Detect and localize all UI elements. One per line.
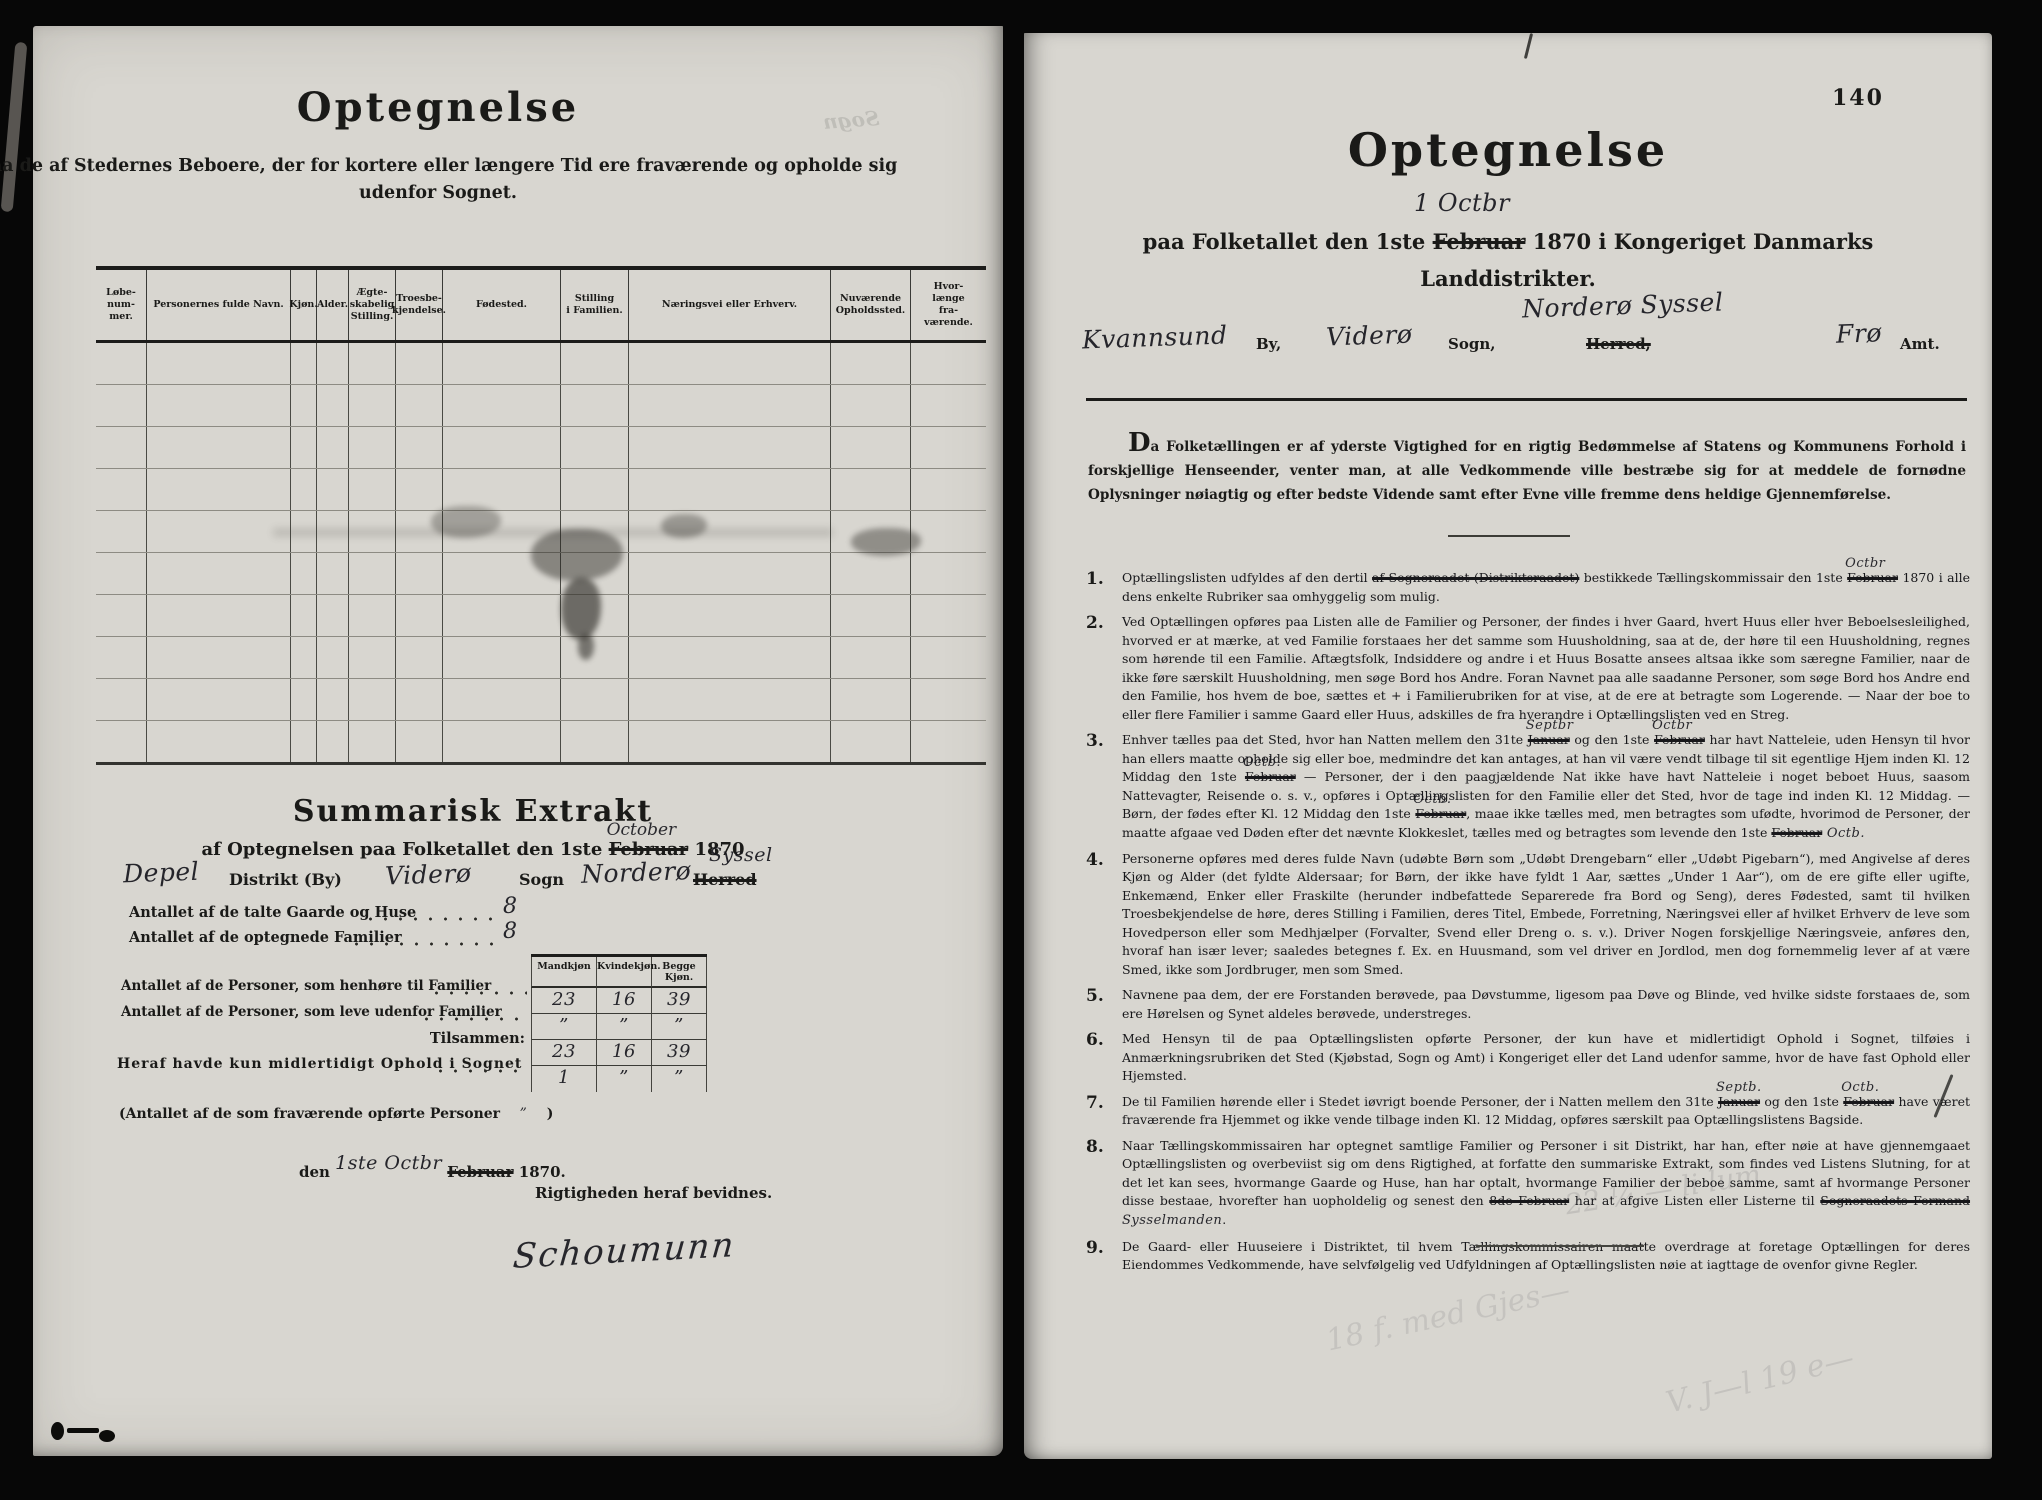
item-text: De til Familien hørende eller i Stedet i… <box>1122 1093 1970 1130</box>
table-cell <box>147 511 291 552</box>
column-header-8: Stilling i Familien. <box>561 270 629 340</box>
intro-paragraph: Da Folketællingen er af yderste Vigtighe… <box>1088 435 1966 508</box>
table-cell <box>96 469 147 510</box>
attestation-line: Rigtigheden heraf bevidnes. <box>535 1184 772 1202</box>
table-cell <box>396 553 443 594</box>
item-text: Optællingslisten udfyldes af den dertil … <box>1122 569 1970 606</box>
right-page-subtitle-2: Landdistrikter. <box>1024 266 1992 291</box>
correction: FebruarOctb. <box>1843 1093 1894 1112</box>
table-cell <box>911 637 986 678</box>
table-cell <box>147 721 291 762</box>
table-cell <box>831 343 911 384</box>
table-cell <box>911 385 986 426</box>
by-handwritten: Kvannsund <box>1082 320 1228 354</box>
bottom-divider <box>1476 1245 1644 1247</box>
table-cell <box>349 553 396 594</box>
table-cell <box>561 469 629 510</box>
dot-leader <box>349 940 493 946</box>
table-row <box>96 385 986 427</box>
herred-struck-label: Herred, <box>1586 335 1651 353</box>
table-cell <box>629 553 831 594</box>
column-header-5: Ægte- skabelig Stilling. <box>349 270 396 340</box>
table-cell <box>96 385 147 426</box>
table-cell <box>831 721 911 762</box>
column-header-6: Troesbe- kjendelse. <box>396 270 443 340</box>
table-cell <box>629 721 831 762</box>
table-cell <box>349 679 396 720</box>
column-header-3: Kjøn. <box>291 270 317 340</box>
instruction-item-9: 9.De Gaard- eller Huuseiere i Distriktet… <box>1086 1238 1970 1275</box>
table-cell <box>396 469 443 510</box>
herred-handwritten: Norderø Syssel <box>1522 287 1724 323</box>
table-cell <box>349 637 396 678</box>
table-cell <box>629 385 831 426</box>
table-cell <box>147 427 291 468</box>
left-page: Optegnelse paa de af Stedernes Beboere, … <box>33 26 1003 1456</box>
signature: Schoumunn <box>511 1225 737 1277</box>
ink-mark <box>99 1430 115 1442</box>
table-cell <box>96 595 147 636</box>
instructions-list: 1.Optællingslisten udfyldes af den derti… <box>1086 569 1970 1282</box>
column-header-1: Løbe- num- mer. <box>96 270 147 340</box>
table-cell <box>147 679 291 720</box>
table-cell <box>147 343 291 384</box>
table-cell <box>831 469 911 510</box>
table-cell <box>443 385 561 426</box>
table-cell <box>317 427 349 468</box>
table-cell <box>629 427 831 468</box>
instruction-item-2: 2.Ved Optællingen opføres paa Listen all… <box>1086 613 1970 724</box>
herred-struck-label: Herred <box>693 870 757 889</box>
mini-table-row: 23 16 39 <box>531 988 707 1014</box>
table-cell <box>291 721 317 762</box>
item-number: 1. <box>1086 569 1122 606</box>
table-cell <box>396 427 443 468</box>
table-cell <box>349 721 396 762</box>
table-cell <box>317 637 349 678</box>
syssel-handwritten: Syssel <box>709 844 773 866</box>
column-header-2: Personernes fulde Navn. <box>147 270 291 340</box>
table-cell <box>147 637 291 678</box>
instruction-item-7: 7.De til Familien hørende eller i Stedet… <box>1086 1093 1970 1130</box>
column-header-7: Fødested. <box>443 270 561 340</box>
table-cell <box>911 553 986 594</box>
table-cell <box>561 721 629 762</box>
table-cell <box>443 427 561 468</box>
item-text: Naar Tællingskommissairen har optegnet s… <box>1122 1137 1970 1231</box>
correction: JanuarSeptb. <box>1718 1093 1760 1112</box>
correction: JanuarSeptbr <box>1528 731 1570 750</box>
table-cell <box>96 637 147 678</box>
instruction-item-5: 5.Navnene paa dem, der ere Forstanden be… <box>1086 986 1970 1023</box>
table-cell <box>317 469 349 510</box>
table-cell <box>561 385 629 426</box>
extract-title: Summarisk Extrakt <box>23 794 923 829</box>
table-cell <box>291 469 317 510</box>
table-cell <box>911 679 986 720</box>
table-cell <box>629 469 831 510</box>
table-cell <box>396 343 443 384</box>
header-mandkjoen: Mandkjøn <box>531 957 597 988</box>
absentees-table-header: Løbe- num- mer.Personernes fulde Navn.Kj… <box>96 270 986 343</box>
table-cell <box>396 385 443 426</box>
table-cell <box>317 385 349 426</box>
extract-subtitle: af Optegnelsen paa Folketallet den 1ste … <box>23 839 923 860</box>
amt-handwritten: Frø <box>1836 318 1883 349</box>
ink-mark <box>51 1422 64 1440</box>
by-label: By, <box>1256 335 1281 353</box>
right-page: 140 Optegnelse 1 Octbr paa Folketallet d… <box>1024 33 1992 1459</box>
table-row <box>96 469 986 511</box>
table-cell <box>629 343 831 384</box>
instruction-item-8: 8.Naar Tællingskommissairen har optegnet… <box>1086 1137 1970 1231</box>
right-page-title: Optegnelse <box>1024 123 1992 177</box>
column-header-10: Nuværende Opholdssted. <box>831 270 911 340</box>
pen-mark <box>1524 33 1533 59</box>
column-header-4: Alder. <box>317 270 349 340</box>
mini-table-row: 23 16 39 <box>531 1040 707 1066</box>
item-number: 3. <box>1086 731 1122 843</box>
table-cell <box>831 637 911 678</box>
table-cell <box>831 385 911 426</box>
table-cell <box>147 385 291 426</box>
column-header-9: Næringsvei eller Erhverv. <box>629 270 831 340</box>
correction: FebruarOctb. <box>1415 805 1466 824</box>
item-text: De Gaard- eller Huuseiere i Distriktet, … <box>1122 1238 1970 1275</box>
instruction-item-3: 3.Enhver tælles paa det Sted, hvor han N… <box>1086 731 1970 843</box>
dot-leader <box>419 1015 527 1021</box>
table-cell <box>291 343 317 384</box>
table-cell <box>443 595 561 636</box>
extract-header: Summarisk Extrakt af Optegnelsen paa Fol… <box>23 794 923 860</box>
table-cell <box>629 637 831 678</box>
table-cell <box>629 595 831 636</box>
count-gaarde-value: 8 <box>503 894 518 919</box>
item-number: 6. <box>1086 1030 1122 1086</box>
table-cell <box>831 595 911 636</box>
header-kvindekjoen: Kvindekjøn. <box>597 957 652 988</box>
table-cell <box>96 511 147 552</box>
table-cell <box>443 721 561 762</box>
table-cell <box>443 469 561 510</box>
horizontal-rule <box>1086 398 1967 401</box>
table-row <box>96 721 986 762</box>
scanned-census-book: { "left_page": { "title": "Optegnelse", … <box>0 0 2042 1500</box>
table-cell <box>629 679 831 720</box>
table-cell <box>317 595 349 636</box>
table-cell <box>396 679 443 720</box>
title-date-handwritten: 1 Octbr <box>1414 189 1510 217</box>
table-cell <box>291 553 317 594</box>
dot-leader <box>363 915 493 921</box>
table-cell <box>291 427 317 468</box>
table-cell <box>831 427 911 468</box>
table-cell <box>911 721 986 762</box>
table-cell <box>317 721 349 762</box>
sogn-label: Sogn, <box>1448 335 1495 353</box>
table-row <box>96 595 986 637</box>
herred-handwritten: Norderø <box>581 856 692 889</box>
table-cell <box>291 385 317 426</box>
table-cell <box>96 679 147 720</box>
instruction-item-4: 4.Personerne opføres med deres fulde Nav… <box>1086 850 1970 980</box>
table-cell <box>396 721 443 762</box>
left-page-header: Optegnelse paa de af Stedernes Beboere, … <box>0 84 898 207</box>
sogn-label: Sogn <box>519 870 564 889</box>
table-cell <box>349 343 396 384</box>
instruction-item-6: 6.Med Hensyn til de paa Optællingslisten… <box>1086 1030 1970 1086</box>
dot-leader <box>433 1067 527 1073</box>
count-familier-value: 8 <box>503 919 518 944</box>
table-row <box>96 427 986 469</box>
table-cell <box>349 385 396 426</box>
table-cell <box>147 553 291 594</box>
item-number: 8. <box>1086 1137 1122 1231</box>
table-cell <box>147 595 291 636</box>
table-cell <box>911 469 986 510</box>
left-page-title: Optegnelse <box>0 84 898 131</box>
table-cell <box>911 427 986 468</box>
item-number: 9. <box>1086 1238 1122 1275</box>
item-text: Navnene paa dem, der ere Forstanden berø… <box>1122 986 1970 1023</box>
dot-leader <box>429 989 527 995</box>
mini-table-header: Mandkjøn Kvindekjøn. Begge Kjøn. <box>531 957 707 988</box>
page-number: 140 <box>1832 85 1884 111</box>
item-text: Personerne opføres med deres fulde Navn … <box>1122 850 1970 980</box>
table-cell <box>291 595 317 636</box>
header-begge-kjoen: Begge Kjøn. <box>652 957 707 988</box>
correction: FebruarOctb. <box>1245 768 1296 787</box>
table-cell <box>911 511 986 552</box>
table-cell <box>561 679 629 720</box>
district-handwritten: Depel <box>123 857 200 889</box>
table-cell <box>349 595 396 636</box>
sogn-handwritten: Viderø <box>385 859 472 891</box>
amt-label: Amt. <box>1900 335 1940 353</box>
district-label: Distrikt (By) <box>229 870 342 889</box>
mini-table-row: ” ” ” <box>531 1014 707 1040</box>
table-cell <box>96 721 147 762</box>
table-cell <box>443 637 561 678</box>
table-cell <box>443 343 561 384</box>
date-handwritten: 1ste Octbr <box>335 1152 442 1174</box>
table-cell <box>96 343 147 384</box>
table-cell <box>349 469 396 510</box>
instruction-item-1: 1.Optællingslisten udfyldes af den derti… <box>1086 569 1970 606</box>
item-number: 7. <box>1086 1093 1122 1130</box>
table-row <box>96 637 986 679</box>
drop-cap: D <box>1128 428 1151 458</box>
summary-mini-table: Mandkjøn Kvindekjøn. Begge Kjøn. 23 16 3… <box>531 954 707 1092</box>
table-row <box>96 343 986 385</box>
right-page-subtitle: paa Folketallet den 1ste Februar 1870 i … <box>1024 229 1992 254</box>
item-number: 4. <box>1086 850 1122 980</box>
table-cell <box>561 427 629 468</box>
table-cell <box>96 553 147 594</box>
table-cell <box>317 343 349 384</box>
left-page-subtitle: paa de af Stedernes Beboere, der for kor… <box>0 153 898 207</box>
date-line: den 1ste Octbr Februar 1870. <box>299 1160 566 1182</box>
section-divider <box>1448 535 1570 537</box>
table-cell <box>291 679 317 720</box>
sogn-handwritten: Viderø <box>1326 320 1413 352</box>
table-cell <box>443 679 561 720</box>
table-cell <box>96 427 147 468</box>
table-cell <box>317 553 349 594</box>
absentees-table: Løbe- num- mer.Personernes fulde Navn.Kj… <box>96 266 986 765</box>
ink-mark <box>67 1428 99 1433</box>
table-cell <box>349 427 396 468</box>
correction: FebruarOctbr <box>1654 731 1705 750</box>
table-cell <box>831 553 911 594</box>
item-text: Enhver tælles paa det Sted, hvor han Nat… <box>1122 731 1970 843</box>
column-header-11: Hvor- længe fra- værende. <box>911 270 986 340</box>
item-number: 5. <box>1086 986 1122 1023</box>
table-cell <box>561 637 629 678</box>
table-cell <box>396 637 443 678</box>
mini-table-row: 1 ” ” <box>531 1066 707 1092</box>
bleed-through-writing: V. J—l 19 e— <box>1663 1340 1858 1420</box>
correction: FebruarOctbr <box>1847 569 1898 588</box>
bleed-through-writing: 18 f. med Gjes— <box>1323 1273 1573 1359</box>
table-cell <box>561 343 629 384</box>
item-text: Ved Optællingen opføres paa Listen alle … <box>1122 613 1970 724</box>
table-cell <box>317 679 349 720</box>
ink-bleed-text: Sogn <box>822 106 880 134</box>
table-row <box>96 679 986 721</box>
table-cell <box>911 343 986 384</box>
table-cell <box>147 469 291 510</box>
row-label-tilsammen: Tilsammen: <box>373 1030 525 1047</box>
table-cell <box>396 595 443 636</box>
item-number: 2. <box>1086 613 1122 724</box>
table-cell <box>291 637 317 678</box>
absent-note: (Antallet af de som fraværende opførte P… <box>119 1106 553 1122</box>
table-cell <box>831 679 911 720</box>
table-cell <box>911 595 986 636</box>
